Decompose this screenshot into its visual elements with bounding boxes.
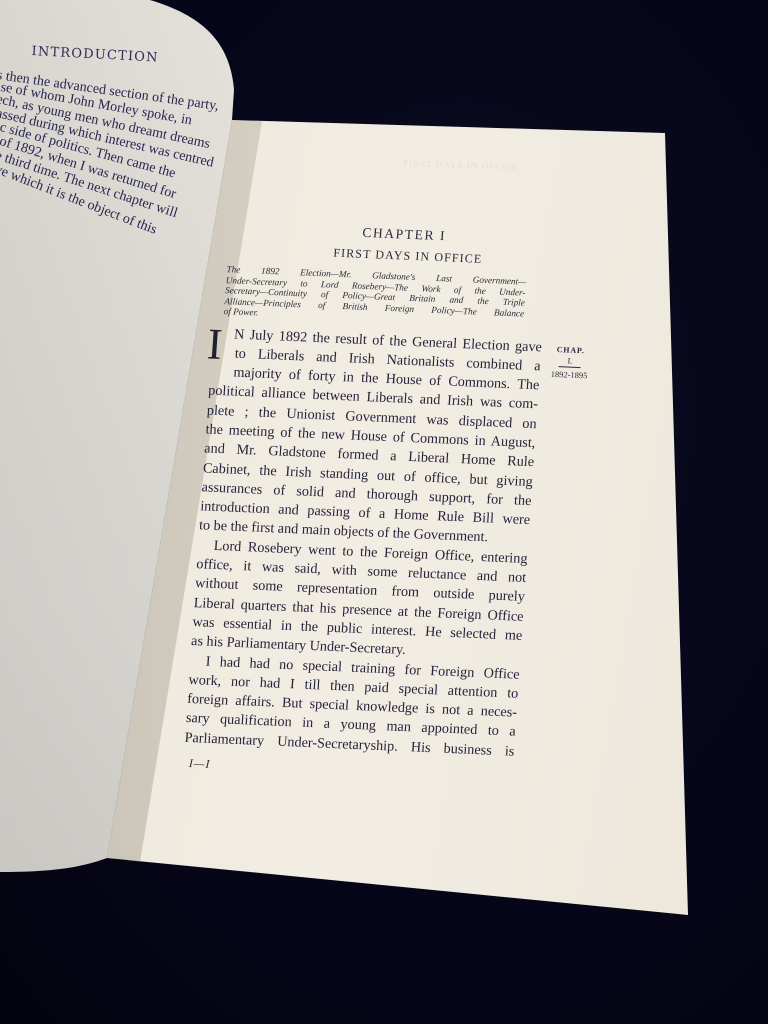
margin-sidenote: CHAP. I. 1892-1895	[544, 345, 596, 381]
chapter-page-content: CHAPTER I FIRST DAYS IN OFFICE The 1892 …	[162, 218, 579, 786]
drop-cap: I	[206, 322, 224, 367]
sidenote-rule	[559, 366, 581, 368]
body-text: I N July 1892 the result of the General …	[182, 324, 542, 784]
sidenote-chapter-number: I.	[545, 355, 596, 367]
chapter-synopsis: The 1892 Election—Mr. Gladstone's Last G…	[223, 264, 526, 329]
sidenote-years: 1892-1895	[544, 369, 595, 381]
